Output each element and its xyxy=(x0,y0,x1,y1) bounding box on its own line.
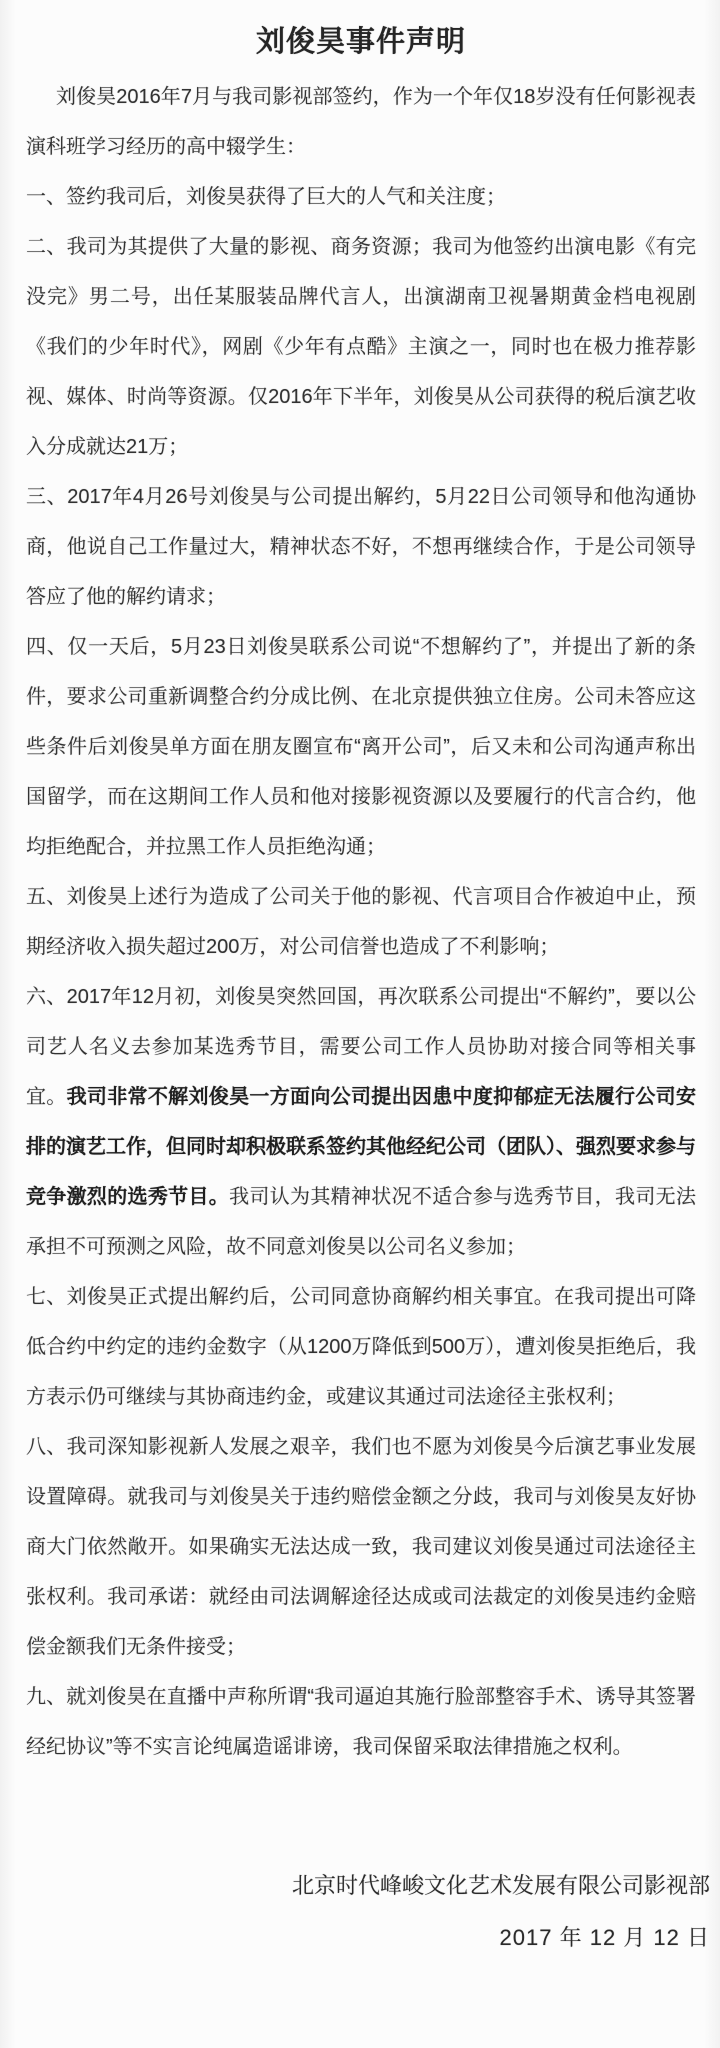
statement-paragraph: 八、我司深知影视新人发展之艰辛，我们也不愿为刘俊昊今后演艺事业发展设置障碍。就我… xyxy=(26,1422,696,1672)
statement-paragraph-list: 一、签约我司后，刘俊昊获得了巨大的人气和关注度；二、我司为其提供了大量的影视、商… xyxy=(26,172,696,1772)
statement-paragraph: 九、就刘俊昊在直播中声称所谓“我司逼迫其施行脸部整容手术、诱导其签署经纪协议”等… xyxy=(26,1672,696,1772)
paragraph-segment: 四、仅一天后，5月23日刘俊昊联系公司说“不想解约了”，并提出了新的条件，要求公… xyxy=(26,636,696,858)
statement-paragraph: 六、2017年12月初，刘俊昊突然回国，再次联系公司提出“不解约”，要以公司艺人… xyxy=(26,972,696,1272)
paragraph-segment: 一、签约我司后，刘俊昊获得了巨大的人气和关注度； xyxy=(26,186,506,208)
paragraph-segment: 五、刘俊昊上述行为造成了公司关于他的影视、代言项目合作被迫中止，预期经济收入损失… xyxy=(26,886,696,958)
statement-paragraph: 一、签约我司后，刘俊昊获得了巨大的人气和关注度； xyxy=(26,172,696,222)
statement-body: 刘俊昊2016年7月与我司影视部签约，作为一个年仅18岁没有任何影视表演科班学习… xyxy=(26,72,696,1772)
statement-paragraph: 二、我司为其提供了大量的影视、商务资源；我司为他签约出演电影《有完没完》男二号，… xyxy=(26,222,696,472)
statement-paragraph: 三、2017年4月26号刘俊昊与公司提出解约，5月22日公司领导和他沟通协商，他… xyxy=(26,472,696,622)
document-title: 刘俊昊事件声明 xyxy=(26,22,696,62)
statement-date: 2017 年 12 月 12 日 xyxy=(26,1912,710,1964)
paragraph-segment: 九、就刘俊昊在直播中声称所谓“我司逼迫其施行脸部整容手术、诱导其签署经纪协议”等… xyxy=(26,1686,696,1758)
paragraph-segment: 八、我司深知影视新人发展之艰辛，我们也不愿为刘俊昊今后演艺事业发展设置障碍。就我… xyxy=(26,1436,696,1658)
statement-document: 刘俊昊事件声明 刘俊昊2016年7月与我司影视部签约，作为一个年仅18岁没有任何… xyxy=(0,0,720,2048)
statement-paragraph: 七、刘俊昊正式提出解约后，公司同意协商解约相关事宜。在我司提出可降低合约中约定的… xyxy=(26,1272,696,1422)
paragraph-segment: 七、刘俊昊正式提出解约后，公司同意协商解约相关事宜。在我司提出可降低合约中约定的… xyxy=(26,1286,696,1408)
statement-paragraph: 四、仅一天后，5月23日刘俊昊联系公司说“不想解约了”，并提出了新的条件，要求公… xyxy=(26,622,696,872)
statement-paragraph: 五、刘俊昊上述行为造成了公司关于他的影视、代言项目合作被迫中止，预期经济收入损失… xyxy=(26,872,696,972)
paragraph-segment: 二、我司为其提供了大量的影视、商务资源；我司为他签约出演电影《有完没完》男二号，… xyxy=(26,236,696,458)
company-signature: 北京时代峰峻文化艺术发展有限公司影视部 xyxy=(26,1860,710,1912)
intro-paragraph: 刘俊昊2016年7月与我司影视部签约，作为一个年仅18岁没有任何影视表演科班学习… xyxy=(26,72,696,172)
signature-block: 北京时代峰峻文化艺术发展有限公司影视部 2017 年 12 月 12 日 xyxy=(26,1860,710,1964)
paragraph-segment: 三、2017年4月26号刘俊昊与公司提出解约，5月22日公司领导和他沟通协商，他… xyxy=(26,486,696,608)
